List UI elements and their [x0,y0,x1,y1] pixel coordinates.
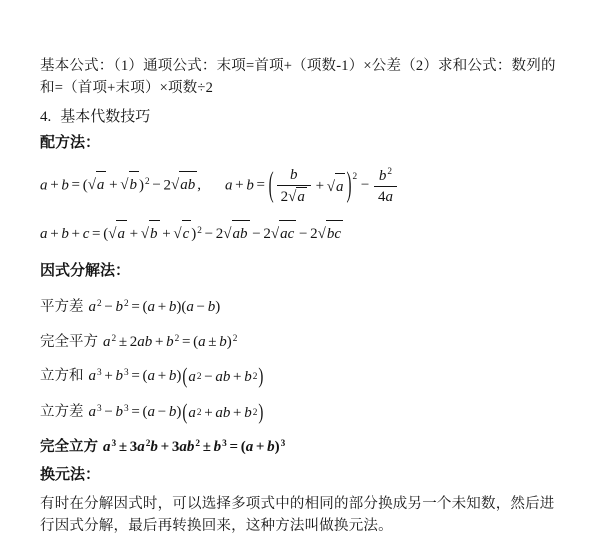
math-token: = [131,299,139,315]
math-token: + [50,177,58,193]
math-token: 3 [124,368,129,378]
math-token: + [235,177,243,193]
math-token: a [40,226,48,242]
math-token: − [158,404,166,420]
math-token: 2 [281,189,289,205]
math-token: 2 [253,400,258,426]
math-token: ) [258,394,263,432]
math-token: 2 [263,226,271,242]
math-token: ab [232,220,250,247]
math-token: 2 [197,400,202,426]
math-token: a [225,177,233,193]
math-token: ab [179,439,194,455]
formula-body: a3−b3=(a−b)(a2+ab+b2) [89,404,265,420]
math-token: (a2−ab+b2) [182,364,263,390]
math-token: = [229,439,238,455]
subhead-factoring: 因式分解法： [40,261,560,282]
math-token: + [155,334,163,350]
math-token: − [104,299,112,315]
math-token: ab [215,364,230,390]
math-token: b [61,226,69,242]
math-token: b2√a+√a [275,166,346,206]
math-token: + [158,368,166,384]
formula-label-sum-cubes: 立方和 [40,368,84,384]
math-token: 3 [281,439,286,449]
math-token: b [116,404,124,420]
math-token: 2 [387,167,392,177]
math-token: − [204,364,212,390]
math-token: (a2+ab+b2) [182,400,263,426]
heading-title: 基本代数技巧 [60,109,150,125]
math-token: bc [327,226,341,242]
math-token: b24a [374,167,397,206]
formula-body: a3+b3=(a+b)(a2−ab+b2) [89,368,265,384]
math-token: a [148,368,156,384]
math-token: − [152,177,160,193]
math-token: √ab [171,171,197,198]
math-token: √a [108,220,127,247]
math-token: = [92,226,100,242]
math-token: a [198,334,206,350]
formula-perfect-square: 完全平方a2±2ab+b2=(a±b)2 [40,326,560,355]
math-token: √ac [271,220,296,247]
formula-body: a2±2ab+b2=(a±b)2 [103,334,237,350]
formula-completing-square-ab: a+b=(√a+√b)2−2√ab,a+b=(b2√a+√a)2−b24a [40,160,560,210]
math-token: 2 [352,164,357,190]
math-token: b [149,220,160,247]
heading-number: 4. [40,109,51,125]
math-token: ) [258,358,263,396]
math-token: = [131,404,139,420]
math-token: b [150,439,158,455]
math-token: ± [203,439,211,455]
math-token: − [104,404,112,420]
formula-label-perfect-cube: 完全立方 [40,439,98,455]
math-token: a [96,171,107,198]
math-token: b2√a [277,166,311,206]
formula-perfect-cube: 完全立方a3±3a2b+3ab2±b3=(a+b)3 [40,431,560,460]
formula-sum-of-cubes: 立方和a3+b3=(a+b)(a2−ab+b2) [40,360,560,390]
math-token: ) [176,368,181,384]
math-token: √ab [223,220,249,247]
math-token: √ [108,221,116,247]
math-token: + [109,177,117,193]
math-token: a [97,177,105,193]
math-token: b [219,334,227,350]
math-token: a [117,226,125,242]
math-token: √a [327,173,346,200]
math-token: b [277,166,311,185]
math-token: b [150,226,158,242]
math-token: 4a [374,186,397,206]
math-token: 2 [310,226,318,242]
subhead-completing-square: 配方法： [40,133,560,154]
math-token: 3 [222,439,227,449]
math-token: a [297,189,305,205]
math-token: ) [176,404,181,420]
math-token: − [361,177,369,193]
math-token: ± [119,439,127,455]
math-token: b [246,177,254,193]
math-token: √ [288,188,296,206]
math-token: + [50,226,58,242]
math-token: √ [171,172,179,198]
math-token: + [256,439,265,455]
subhead-substitution: 换元法： [40,465,560,486]
section-heading: 4.基本代数技巧 [40,107,560,128]
math-token: (b2√a+√a)2 [269,166,357,206]
math-token: 2 [253,364,258,390]
math-token: = [257,177,265,193]
math-token: = [72,177,80,193]
formula-difference-of-cubes: 立方差a3−b3=(a−b)(a2+ab+b2) [40,396,560,426]
math-token: + [162,226,170,242]
math-token: bc [326,220,343,247]
math-token: ) [346,155,351,216]
math-token: ) [275,439,280,455]
math-token: √ [88,172,96,198]
math-token: + [233,364,241,390]
math-token: b2 [374,167,397,186]
math-token: 2 [175,334,180,344]
math-token: √c [173,220,191,247]
math-token: a2+ab+b2 [188,400,257,426]
math-token: + [233,400,241,426]
math-token: b [244,400,252,426]
math-token: √ [271,221,279,247]
math-token: 3 [124,404,129,414]
formula-label-diff-cubes: 立方差 [40,404,84,420]
math-token: 3 [97,404,102,414]
math-token: )( [176,299,186,315]
math-token: ) [191,226,196,242]
math-token: + [161,439,170,455]
formula-label-diff-squares: 平方差 [40,299,84,315]
math-token: + [104,368,112,384]
math-token: b [290,167,298,183]
math-token: √b [120,171,139,198]
math-token: 3 [112,439,117,449]
math-token: 2√a [277,185,311,206]
formula-label-perfect-square: 完全平方 [40,334,98,350]
math-token: b [267,439,275,455]
math-token: ± [119,334,127,350]
math-token: a [40,177,48,193]
math-token: a [103,334,111,350]
math-token: 2 [197,226,202,236]
math-token: 2 [195,439,200,449]
math-token: ( [182,358,187,396]
math-token: a [116,220,127,247]
math-token: a [148,404,156,420]
math-token: + [72,226,80,242]
math-token: a [188,364,196,390]
math-token: b [214,439,222,455]
math-token: − [197,299,205,315]
math-token: ( [182,394,187,432]
math-token: a [335,173,346,200]
math-token: a [186,299,194,315]
math-token: 2 [97,299,102,309]
math-token: √bc [318,220,343,247]
math-token: √ [141,221,149,247]
formula-difference-of-squares: 平方差a2−b2=(a+b)(a−b) [40,291,560,320]
math-token: a [137,439,145,455]
formula-body: a2−b2=(a+b)(a−b) [89,299,221,315]
math-token: ab [215,400,230,426]
math-token: = [182,334,190,350]
math-token: a [296,187,307,206]
math-token: a [336,179,344,195]
math-token: − [205,226,213,242]
math-token: √a [88,171,107,198]
formula-body: a3±3a2b+3ab2±b3=(a+b)3 [103,439,285,455]
math-token: √ [318,221,326,247]
math-token: b [61,177,69,193]
math-token: b [379,168,387,184]
math-token: b [116,368,124,384]
math-token: ab [179,171,197,198]
math-token: ac [279,220,296,247]
math-token: + [130,226,138,242]
formula-completing-square-abc: a+b+c=(√a+√b+√c)2−2√ab−2√ac−2√bc [40,218,560,247]
math-token: b [116,299,124,315]
math-token: b [166,334,174,350]
math-token: a [89,404,97,420]
math-token: a2−ab+b2 [188,364,257,390]
math-token: ab [233,226,248,242]
math-token: √a [288,187,307,206]
math-token: a [89,368,97,384]
math-token: a [103,439,111,455]
math-token: 2 [145,177,150,187]
math-token: , [197,177,201,193]
math-token: a [385,189,393,205]
math-token: b [244,364,252,390]
math-token: √ [223,221,231,247]
math-token: − [252,226,260,242]
math-token: = [131,368,139,384]
math-token: 2 [164,177,172,193]
math-token: ( [269,155,274,216]
math-token: 2 [197,364,202,390]
math-token: b [129,171,140,198]
math-token: ± [208,334,216,350]
math-token: 2 [233,334,238,344]
math-token: c [182,220,192,247]
math-token: ) [215,299,220,315]
intro-paragraph: 基本公式：（1）通项公式：末项=首项+（项数-1）×公差（2）求和公式：数列的和… [40,55,560,99]
math-token: ab [180,177,195,193]
math-token: ac [280,226,294,242]
math-token: √ [327,174,335,200]
math-token: b [130,177,138,193]
math-token: a [246,439,254,455]
math-token: √ [173,221,181,247]
math-token: − [299,226,307,242]
math-token: √ [120,172,128,198]
math-token: 2 [216,226,224,242]
math-token: c [183,226,190,242]
math-token: 2 [112,334,117,344]
math-token: c [83,226,90,242]
math-token: ) [139,177,144,193]
math-token: ab [137,334,152,350]
document-page: 基本公式：（1）通项公式：末项=首项+（项数-1）×公差（2）求和公式：数列的和… [40,55,560,537]
math-token: + [316,173,324,199]
math-token: + [158,299,166,315]
math-token: √b [141,220,160,247]
math-token: a [188,400,196,426]
math-token: + [204,400,212,426]
math-token: 2 [124,299,129,309]
math-token: a [148,299,156,315]
math-token: a [89,299,97,315]
math-token: ) [227,334,232,350]
closing-paragraph: 有时在分解因式时，可以选择多项式中的相同的部分换成另一个未知数，然后进行因式分解… [40,493,560,537]
math-token: 3 [97,368,102,378]
